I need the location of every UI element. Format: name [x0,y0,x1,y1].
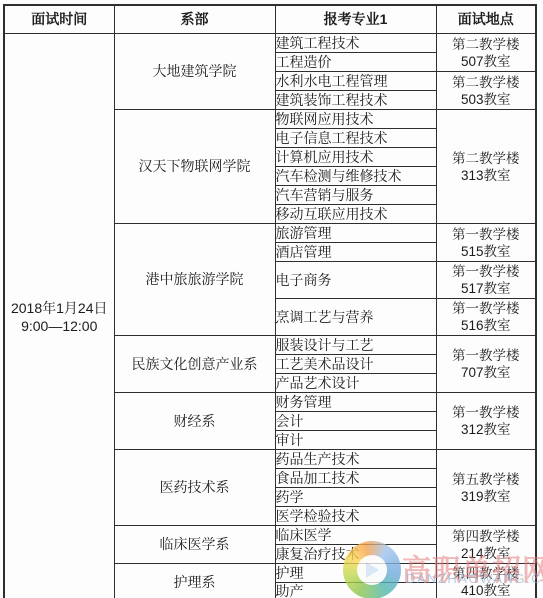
location-room: 319教室 [437,488,536,505]
major-cell: 食品加工技术 [275,469,436,488]
major-cell: 烹调工艺与营养 [275,299,436,336]
watermark-site-domain: DANZHAOWANG.COM [406,571,543,586]
location-cell: 第一教学楼 517教室 [436,262,536,299]
watermark-play-icon [366,562,379,578]
department-cell: 汉天下物联网学院 [114,110,275,224]
location-cell: 第五教学楼 319教室 [436,450,536,526]
location-cell: 第一教学楼 707教室 [436,336,536,393]
location-building: 第一教学楼 [437,347,536,364]
department-cell: 港中旅旅游学院 [114,224,275,336]
major-cell: 物联网应用技术 [275,110,436,129]
major-cell: 移动互联应用技术 [275,205,436,224]
interview-schedule-page: 面试时间 系部 报考专业1 面试地点 2018年1月24日 9:00—12:00… [0,0,543,598]
department-cell: 医药技术系 [114,450,275,526]
department-cell: 财经系 [114,393,275,450]
location-room: 517教室 [437,280,536,297]
location-building: 第二教学楼 [437,36,536,53]
major-cell: 计算机应用技术 [275,148,436,167]
major-cell: 汽车检测与维修技术 [275,167,436,186]
location-cell: 第二教学楼 503教室 [436,72,536,110]
location-cell: 第二教学楼 507教室 [436,34,536,72]
header-department: 系部 [114,5,275,34]
location-cell: 第二教学楼 313教室 [436,110,536,224]
location-building: 第四教学楼 [437,528,536,545]
interview-schedule-table: 面试时间 系部 报考专业1 面试地点 2018年1月24日 9:00—12:00… [3,4,537,598]
major-cell: 审计 [275,431,436,450]
location-room: 313教室 [437,167,536,184]
header-major: 报考专业1 [275,5,436,34]
watermark-swirl-logo-icon [343,541,401,598]
location-cell: 第一教学楼 516教室 [436,299,536,336]
major-cell: 工艺美术品设计 [275,355,436,374]
department-cell: 临床医学系 [114,526,275,564]
location-room: 312教室 [437,421,536,438]
department-cell: 护理系 [114,564,275,598]
location-room: 707教室 [437,364,536,381]
location-room: 515教室 [437,243,536,260]
location-building: 第一教学楼 [437,263,536,280]
major-cell: 电子商务 [275,262,436,299]
location-room: 507教室 [437,53,536,70]
location-building: 第二教学楼 [437,150,536,167]
header-location: 面试地点 [436,5,536,34]
location-building: 第一教学楼 [437,226,536,243]
major-cell: 建筑工程技术 [275,34,436,53]
location-building: 第一教学楼 [437,404,536,421]
major-cell: 药学 [275,488,436,507]
interview-time-range: 9:00—12:00 [5,317,114,335]
header-time: 面试时间 [4,5,114,34]
major-cell: 医学检验技术 [275,507,436,526]
location-building: 第一教学楼 [437,300,536,317]
major-cell: 电子信息工程技术 [275,129,436,148]
location-room: 516教室 [437,317,536,334]
header-row: 面试时间 系部 报考专业1 面试地点 [4,5,536,34]
major-cell: 临床医学 [275,526,436,545]
major-cell: 工程造价 [275,53,436,72]
location-building: 第二教学楼 [437,74,536,91]
location-room: 503教室 [437,91,536,108]
major-cell: 建筑装饰工程技术 [275,91,436,110]
major-cell: 服装设计与工艺 [275,336,436,355]
major-cell: 酒店管理 [275,243,436,262]
department-cell: 民族文化创意产业系 [114,336,275,393]
major-cell: 会计 [275,412,436,431]
location-cell: 第一教学楼 515教室 [436,224,536,262]
location-building: 第五教学楼 [437,471,536,488]
major-cell: 汽车营销与服务 [275,186,436,205]
major-cell: 财务管理 [275,393,436,412]
time-cell: 2018年1月24日 9:00—12:00 [4,34,114,598]
watermark-side-text: 高职单招网 [536,256,543,476]
major-cell: 产品艺术设计 [275,374,436,393]
major-cell: 药品生产技术 [275,450,436,469]
table-row: 2018年1月24日 9:00—12:00 大地建筑学院 建筑工程技术 第二教学… [4,34,536,53]
interview-date: 2018年1月24日 [5,299,114,317]
location-cell: 第一教学楼 312教室 [436,393,536,450]
department-cell: 大地建筑学院 [114,34,275,110]
major-cell: 水利水电工程管理 [275,72,436,91]
major-cell: 旅游管理 [275,224,436,243]
